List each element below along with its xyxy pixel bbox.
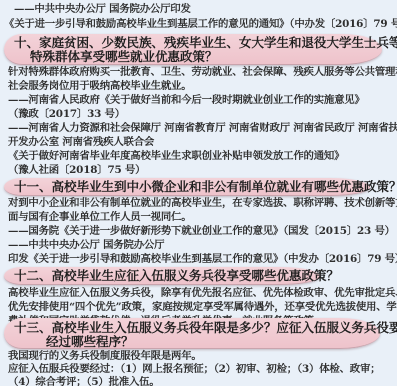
body-text: 面与国有企事业单位工作人员一视同仁。: [8, 211, 393, 224]
source-citation: 《关于做好河南省毕业年度高校毕业生求职创业补贴申领发放工作的通知》: [8, 150, 393, 163]
body-text: 优先安排使用“四个优先”政策，家庭按规定享受军属待遇外，还享受优先选拔使用、学: [8, 301, 393, 314]
source-line: ——河南省人民政府《关于做好当前和今后一段时期就业创业工作的实施意见》: [8, 94, 393, 107]
source-line: ——中共中央办公厅 国务院办公厅印发: [14, 3, 393, 16]
source-line: ——中共中央办公厅 国务院办公厅: [8, 239, 393, 252]
policy-document: ——中共中央办公厅 国务院办公厅印发 《关于进一步引导和鼓励高校毕业生到基层工作…: [0, 0, 397, 386]
source-citation: ——国务院《关于进一步做好新形势下就业创业工作的意见》（国发〔2015〕23 号…: [8, 225, 393, 238]
section-heading-12: 十二、高校毕业生应征入伍服义务兵役享受哪些优惠政策？: [14, 268, 339, 283]
body-text: 高校毕业生应征入伍服义务兵役，除享有优先报名应征、优先体检政审、优先审批定兵、: [8, 287, 393, 300]
source-citation: （豫人社函〔2018〕75 号）: [8, 164, 393, 177]
body-text: 针对特殊群体政府购买一批教育、卫生、劳动就业、社会保障、残疾人服务等公共管理和: [8, 66, 393, 79]
body-text: 应征入伍服兵役要经过：（1）网上报名预征；（2）初审、初检；（3）体检、政审；: [8, 363, 393, 376]
source-citation: （豫政〔2017〕33 号）: [8, 108, 393, 121]
body-text: 我国现行的义务兵役制度服役年限是两年。: [8, 350, 393, 363]
section-heading-13: 十三、高校毕业生入伍服义务兵役年限是多少？应征入伍服义务兵役要: [14, 320, 397, 335]
source-citation: 印发《关于进一步引导和鼓励高校毕业生到基层工作的意见》（中发办〔2016〕79 …: [8, 253, 393, 266]
body-text: （4）综合考评；（5）批准入伍。: [8, 376, 393, 386]
body-text: 对到中小企业和非公有制单位就业的高校毕业生，在专家选拔、职称评聘、技术创新等方: [8, 197, 393, 210]
section-heading-13-cont: 经过哪些程序？: [46, 334, 133, 349]
section-heading-11: 十一、高校毕业生到中小微企业和非公有制单位就业有哪些优惠政策？: [14, 179, 397, 194]
section-heading-10-cont: 特殊群体享受哪些就业优惠政策？: [30, 49, 217, 64]
source-line: ——河南省人力资源和社会保障厅 河南省教育厅 河南省财政厅 河南省民政厅 河南省…: [8, 122, 393, 135]
source-line: 开发办公室 河南省残疾人联合会: [8, 136, 393, 149]
body-text: 社会服务岗位用于吸纳高校毕业生就业。: [8, 80, 393, 93]
source-citation: 《关于进一步引导和鼓励高校毕业生到基层工作的意见的通知》（中办发〔2016〕79…: [4, 18, 393, 31]
section-heading-10: 十、家庭贫困、少数民族、残疾毕业生、女大学生和退役大学生士兵等: [14, 35, 397, 50]
